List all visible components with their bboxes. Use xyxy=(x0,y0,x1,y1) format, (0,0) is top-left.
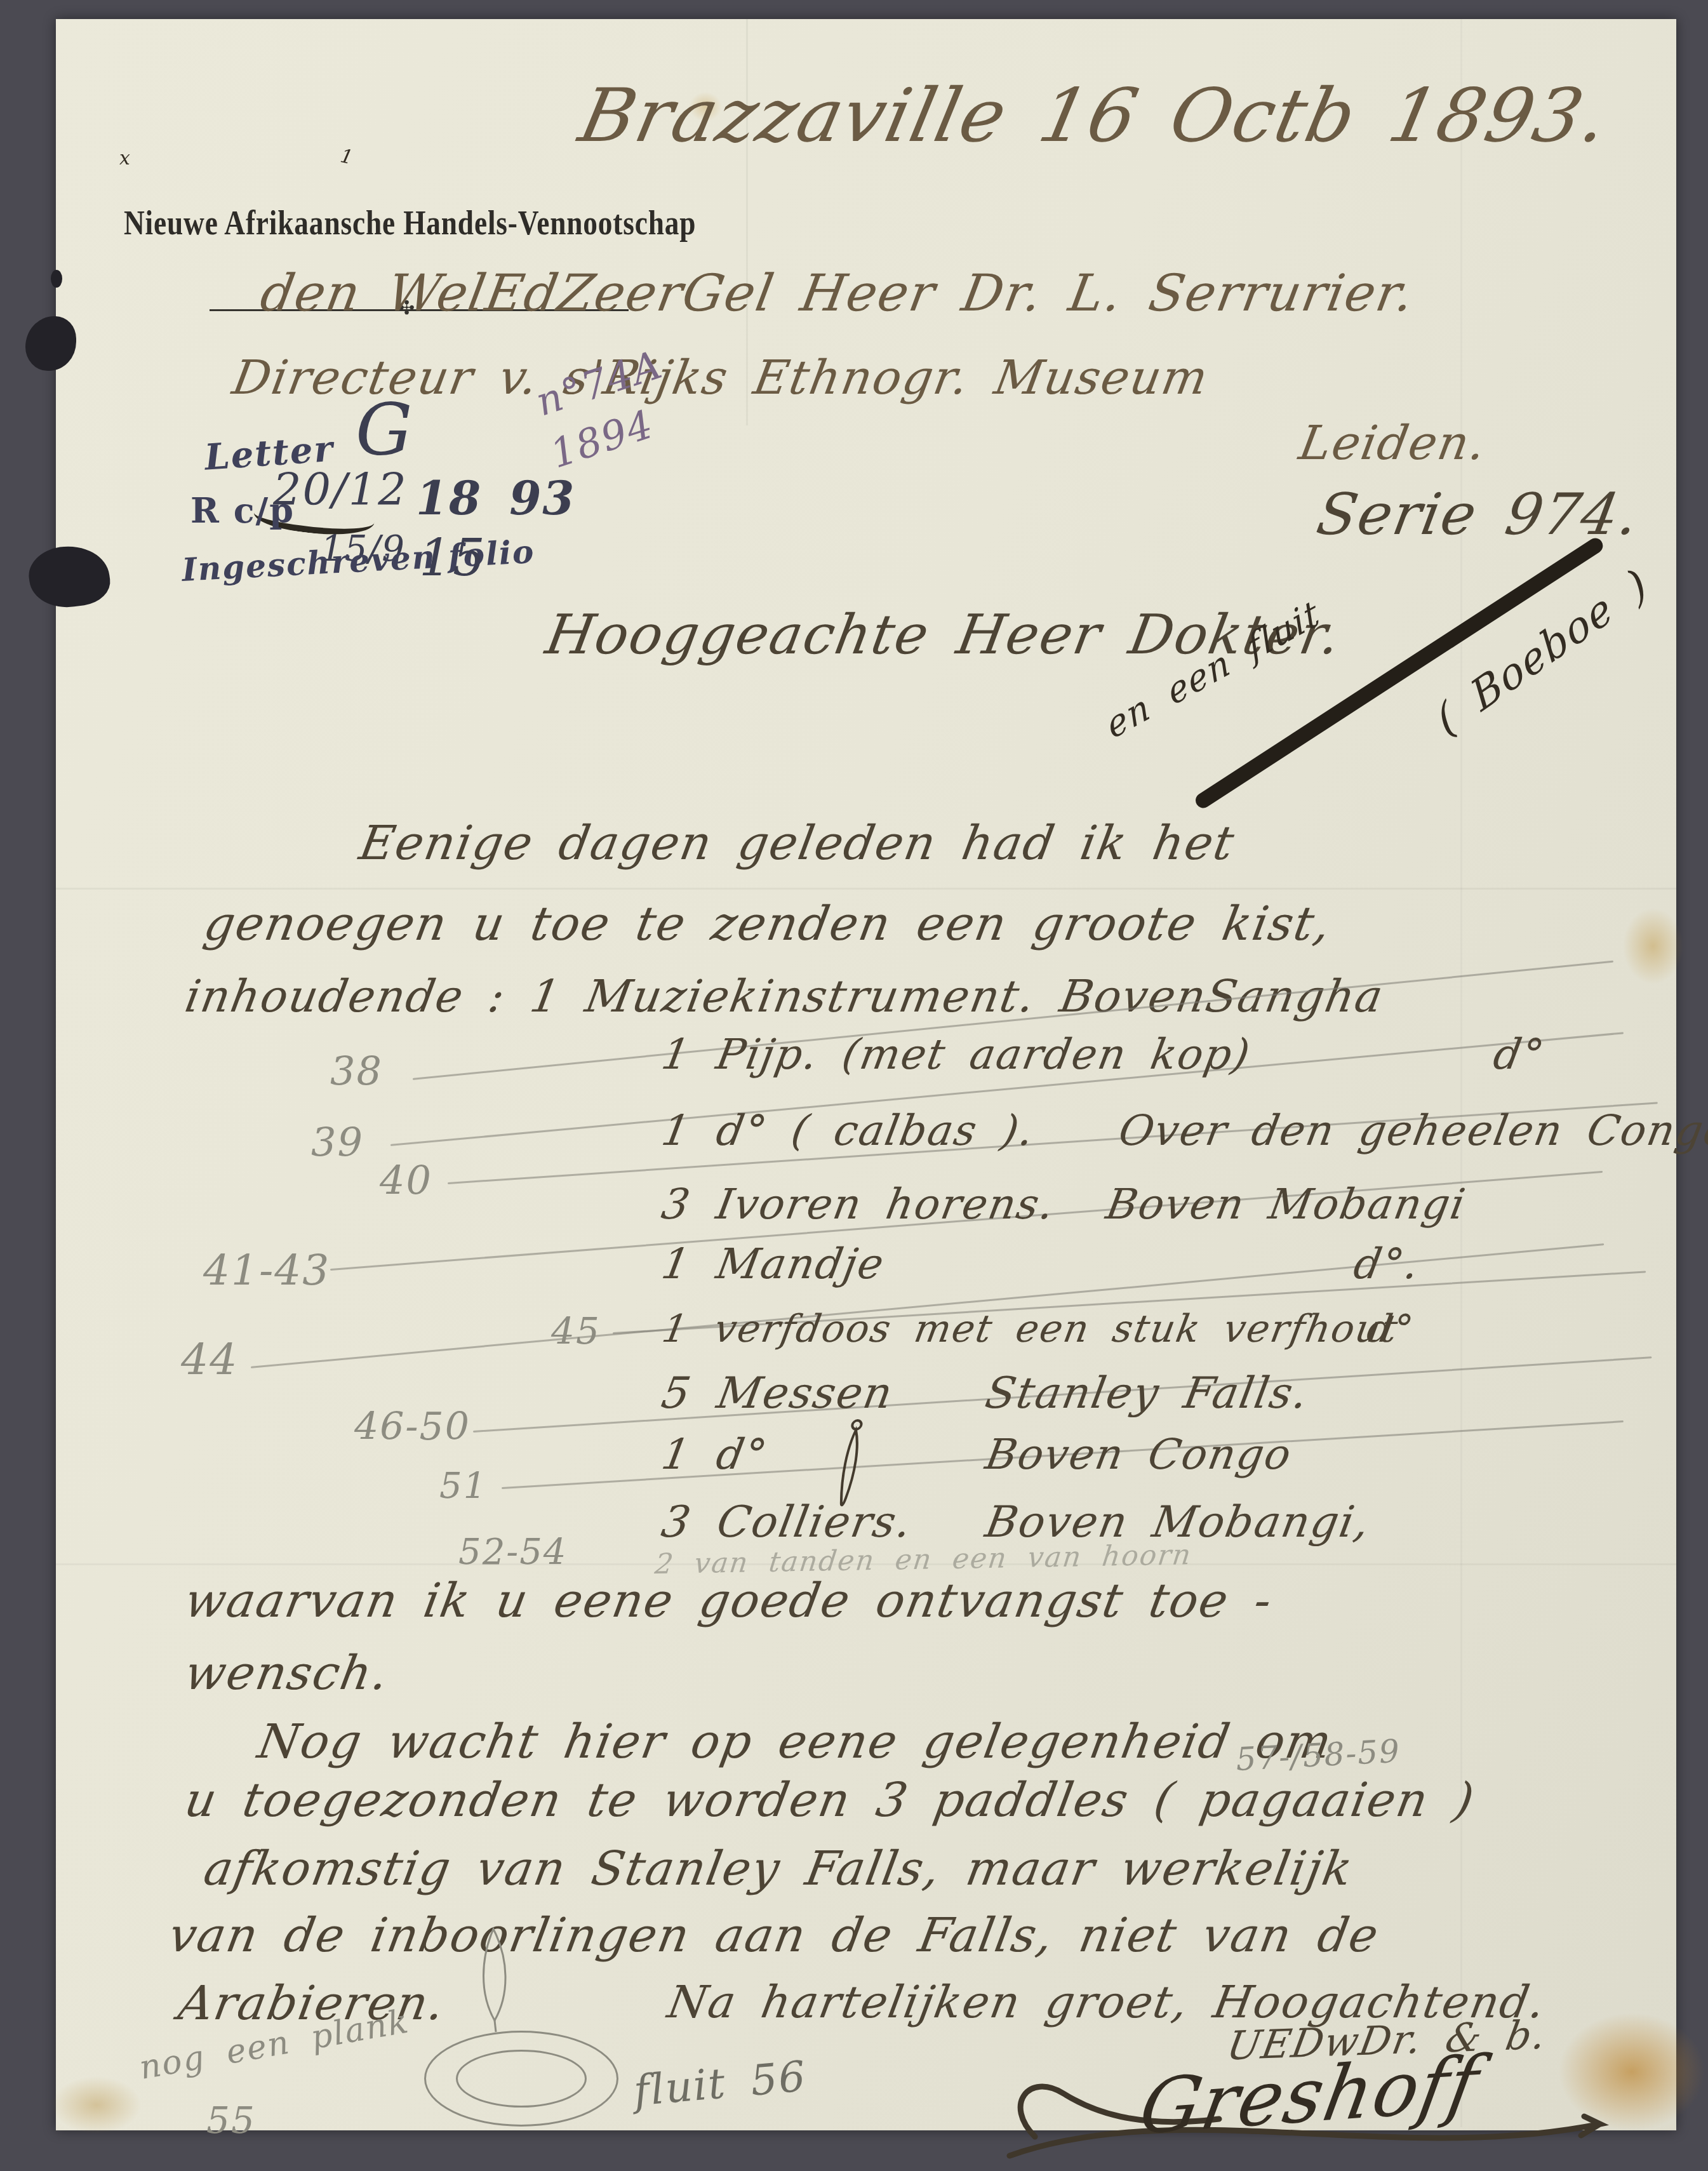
item-place: Boven Congo xyxy=(982,1430,1295,1479)
item-text: Mandje xyxy=(712,1239,888,1288)
body-line: waarvan ik u eene goede ontvangst toe - xyxy=(181,1573,1277,1628)
margin-number: 51 xyxy=(439,1466,487,1507)
item-text: Messen xyxy=(713,1368,897,1419)
folio-number: 15 xyxy=(419,528,486,587)
pencil-mark: x xyxy=(119,147,131,170)
item-text: d° xyxy=(712,1430,771,1479)
paper-hole xyxy=(51,270,62,288)
item-place: d° xyxy=(1364,1307,1418,1351)
item-place: Boven Mobangi xyxy=(1102,1180,1469,1229)
margin-number: 52-54 xyxy=(458,1532,567,1573)
recipient-line1: den WelEdZeerGel Heer Dr. L. Serrurier. xyxy=(257,264,1420,323)
body-line: Eenige dagen geleden had ik het xyxy=(356,816,1239,871)
body-line: genoegen u toe te zenden een groote kist… xyxy=(200,897,1336,951)
body-line: Nog wacht hier op eene gelegenheid om xyxy=(254,1714,1337,1769)
margin-number: 40 xyxy=(380,1157,432,1203)
scanned-letter-canvas: x 1 Nieuwe Afrikaansche Handels-Vennoots… xyxy=(0,0,1708,2171)
item-place: d° xyxy=(1490,1030,1549,1079)
body-line: u toegezonden te worden 3 paddles ( paga… xyxy=(181,1773,1479,1827)
stain xyxy=(1623,908,1683,984)
letterhead-company: Nieuwe Afrikaansche Handels-Vennootschap xyxy=(124,203,696,243)
pencil-plank-number: 55 xyxy=(206,2099,256,2142)
list-item: 1Pijp. (met aarden kop) d° xyxy=(658,1030,1254,1079)
item-text: d° ( calbas ). xyxy=(712,1106,1038,1155)
item-place: Over den geheelen Congo. xyxy=(1115,1106,1708,1155)
body-line: wensch. xyxy=(181,1646,394,1700)
item-text: Pijp. (met aarden kop) xyxy=(712,1030,1254,1079)
fold-crease xyxy=(56,888,1676,890)
margin-number: 46-50 xyxy=(354,1405,470,1449)
registration-year: 18 93 xyxy=(416,471,575,525)
letter-code: G xyxy=(356,389,413,471)
list-item: 1Mandje d°. xyxy=(658,1239,888,1288)
oval-sketch-inner xyxy=(456,2050,587,2108)
body-line: van de inboorlingen aan de Falls, niet v… xyxy=(165,1908,1384,1963)
margin-number: 38 xyxy=(330,1048,383,1094)
stamp-rcp-label: R c/p xyxy=(190,490,295,531)
item-place: d°. xyxy=(1350,1239,1424,1288)
item-text: Ivoren horens. xyxy=(712,1180,1058,1229)
stain xyxy=(52,2076,141,2134)
leaf-sketch xyxy=(467,1925,520,2036)
list-item: 1d° ( calbas ). Over den geheelen Congo. xyxy=(658,1106,1038,1155)
body-line: afkomstig van Stanley Falls, maar werkel… xyxy=(200,1841,1358,1896)
item-text: verfdoos met een stuk verfhout xyxy=(711,1307,1402,1351)
item-place: Stanley Falls. xyxy=(982,1368,1312,1419)
margin-number: 41-43 xyxy=(203,1246,330,1295)
body-line: inhoudende : 1 Muziekinstrument. BovenSa… xyxy=(182,970,1388,1022)
recipient-city: Leiden. xyxy=(1295,416,1491,471)
dateline: Brazzaville 16 Octb 1893. xyxy=(572,73,1617,159)
margin-number: 44 xyxy=(181,1335,239,1385)
item-text: Colliers. xyxy=(713,1497,916,1547)
list-item: 1verfdoos met een stuk verfhout d° xyxy=(659,1307,1402,1351)
margin-number: 45 xyxy=(551,1309,601,1353)
margin-number: 39 xyxy=(311,1119,364,1165)
list-item: 1d° Boven Congo xyxy=(658,1430,771,1479)
list-item: 3Ivoren horens. Boven Mobangi xyxy=(658,1180,1058,1229)
list-item: 3Colliers. Boven Mobangi, xyxy=(658,1497,916,1547)
list-item: 5Messen Stanley Falls. xyxy=(658,1368,897,1419)
